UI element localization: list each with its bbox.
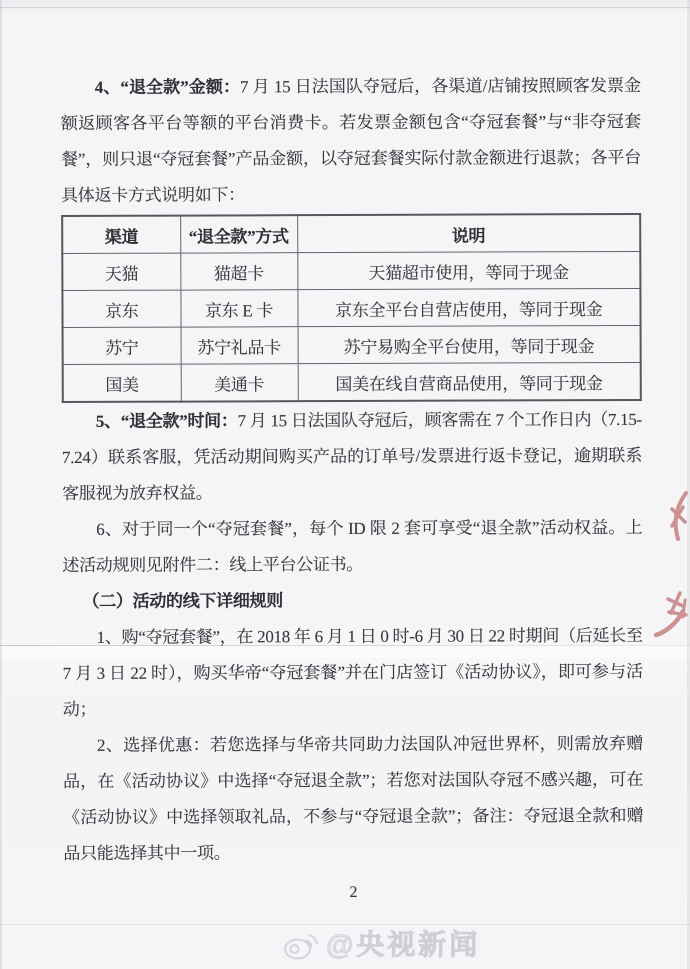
table-cell: 苏宁: [63, 327, 181, 364]
table-header-row: 渠道 “退全款”方式 说明: [62, 214, 640, 254]
red-seal-fragment: [652, 483, 690, 653]
table-cell: 苏宁礼品卡: [181, 327, 298, 364]
paragraph-offline-rule-2: 2、选择优惠：若您选择与华帝共同助力法国队冲冠世界杯，则需放弃赠品，在《活动协议…: [63, 726, 643, 872]
table-row: 国美 美通卡 国美在线自营商品使用，等同于现金: [63, 362, 641, 402]
table-cell: 美通卡: [181, 364, 298, 402]
table-row: 京东 京东 E 卡 京东全平台自营店使用，等同于现金: [62, 288, 640, 327]
document-body: 4、“退全款”金额：7 月 15 日法国队夺冠后，各渠道/店铺按照顾客发票金额返…: [0, 0, 690, 911]
table-cell: 京东: [62, 290, 180, 327]
table-cell: 天猫: [62, 253, 180, 290]
table-cell: 国美: [63, 364, 181, 402]
paragraph-id-limit: 6、对于同一个“夺冠套餐”，每个 ID 限 2 套可享受“退全款”活动权益。上述…: [62, 510, 642, 584]
paragraph-offline-rule-1: 1、购“夺冠套餐”，在 2018 年 6 月 1 日 0 时-6 月 30 日 …: [63, 618, 643, 728]
weibo-logo-icon: [283, 928, 319, 962]
table-row: 苏宁 苏宁礼品卡 苏宁易购全平台使用，等同于现金: [63, 325, 641, 364]
paragraph-refund-amount: 4、“退全款”金额：7 月 15 日法国队夺冠后，各渠道/店铺按照顾客发票金额返…: [61, 68, 641, 214]
scan-artifact-bottom-line: [0, 924, 690, 925]
table-cell: 苏宁易购全平台使用，等同于现金: [298, 325, 641, 363]
paragraph-refund-time-lead: 5、“退全款”时间：: [96, 411, 238, 430]
table-header-channel: 渠道: [62, 216, 180, 254]
table-header-method: “退全款”方式: [180, 215, 297, 253]
table-row: 天猫 猫超卡 天猫超市使用，等同于现金: [62, 251, 640, 290]
table-cell: 京东全平台自营店使用，等同于现金: [297, 288, 640, 326]
paragraph-refund-time: 5、“退全款”时间：7 月 15 日法国队夺冠后，顾客需在 7 个工作日内（7.…: [62, 402, 642, 512]
watermark-text: @央视新闻: [326, 928, 480, 962]
table-cell: 国美在线自营商品使用，等同于现金: [298, 362, 641, 401]
page-number: 2: [63, 875, 643, 911]
table-header-description: 说明: [297, 214, 640, 253]
table-cell: 猫超卡: [180, 253, 297, 290]
table-cell: 京东 E 卡: [180, 290, 297, 327]
table-cell: 天猫超市使用，等同于现金: [297, 251, 640, 289]
refund-channel-table: 渠道 “退全款”方式 说明 天猫 猫超卡 天猫超市使用，等同于现金 京东 京东 …: [61, 213, 642, 403]
paragraph-refund-amount-lead: 4、“退全款”金额：: [95, 77, 240, 97]
scanned-document-page: 4、“退全款”金额：7 月 15 日法国队夺冠后，各渠道/店铺按照顾客发票金额返…: [0, 0, 690, 969]
section-heading-offline-rules: （二）活动的线下详细规则: [62, 582, 642, 620]
weibo-watermark: @央视新闻: [283, 928, 480, 962]
